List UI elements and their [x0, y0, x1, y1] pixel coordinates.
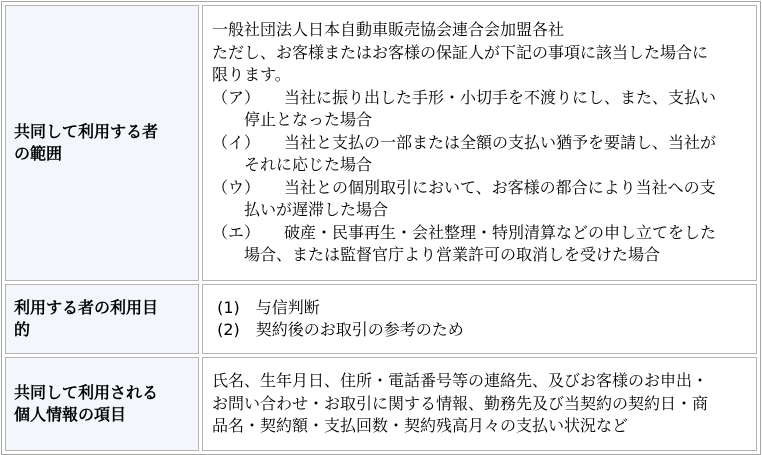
row-content-purpose-of-use: (1) 与信判断 (2) 契約後のお取引の参考のため — [202, 284, 757, 354]
table-row-personal-info-items: 共同して利用される 個人情報の項目 氏名、生年月日、住所・電話番号等の連絡先、及… — [5, 357, 757, 451]
joint-use-info-table: 共同して利用する者 の範囲 一般社団法人日本自動車販売協会連合会加盟各社 ただし… — [1, 1, 761, 455]
row-header-purpose-of-use: 利用する者の利用目 的 — [5, 284, 199, 354]
row-header-joint-users-scope: 共同して利用する者 の範囲 — [5, 5, 199, 281]
row-header-personal-info-items: 共同して利用される 個人情報の項目 — [5, 357, 199, 451]
row-content-personal-info-items: 氏名、生年月日、住所・電話番号等の連絡先、及びお客様のお申出・ お問い合わせ・お… — [202, 357, 757, 451]
table-row-joint-users-scope: 共同して利用する者 の範囲 一般社団法人日本自動車販売協会連合会加盟各社 ただし… — [5, 5, 757, 281]
row-content-joint-users-scope: 一般社団法人日本自動車販売協会連合会加盟各社 ただし、お客様またはお客様の保証人… — [202, 5, 757, 281]
table-row-purpose-of-use: 利用する者の利用目 的 (1) 与信判断 (2) 契約後のお取引の参考のため — [5, 284, 757, 354]
